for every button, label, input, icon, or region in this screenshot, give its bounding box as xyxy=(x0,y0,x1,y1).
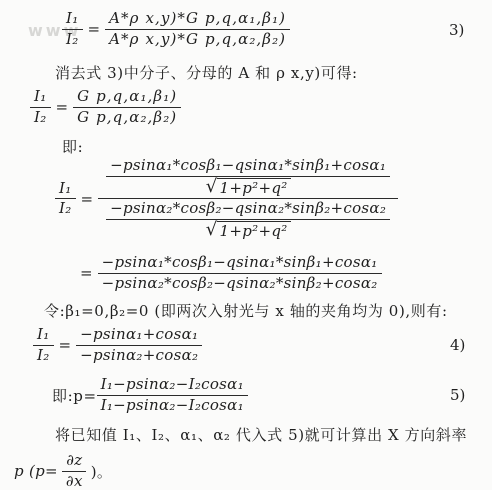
equation-big-nested: I₁ I₂ = −psinα₁*cosβ₁−qsinα₁*sinβ₁+cosα₁… xyxy=(55,157,398,241)
eq3-rhs-numerator: A*ρ x,y)*G p,q,α₁,β₁) xyxy=(105,10,290,30)
equation-5-number: 5) xyxy=(450,386,465,404)
scanned-paper-page: www I₁ I₂ = A*ρ x,y)*G p,q,α₁,β₁) A*ρ x,… xyxy=(0,0,492,490)
eq6-suffix: )。 xyxy=(91,461,112,482)
eq4-lhs-fraction: I₁ I₂ xyxy=(33,326,54,364)
eqsimp-numerator: −psinα₁*cosβ₁−qsinα₁*sinβ₁+cosα₁ xyxy=(98,254,382,274)
eq5-numerator: I₁−psinα₂−I₂cosα₁ xyxy=(97,376,248,396)
equals-sign: = xyxy=(56,98,69,116)
eq4-lhs-numerator: I₁ xyxy=(33,326,54,346)
eq3-lhs-denominator: I₂ xyxy=(62,30,83,49)
eqsimp-denominator: −psinα₂*cosβ₂−qsinα₂*sinβ₂+cosα₂ xyxy=(98,274,382,293)
eq5-prefix: 即:p= xyxy=(52,385,97,406)
eq3-rhs-denominator: A*ρ x,y)*G p,q,α₂,β₂) xyxy=(105,30,290,49)
sqrt-expression: √ 1+p²+q² xyxy=(206,178,291,198)
paragraph-substitute-values: 将已知值 I₁、I₂、α₁、α₂ 代入式 5)就可计算出 X 方向斜率 xyxy=(55,424,467,445)
ji-label: 即: xyxy=(62,136,83,157)
equals-sign: = xyxy=(88,20,101,38)
equation-g-ratio: I₁ I₂ = G p,q,α₁,β₁) G p,q,α₂,β₂) xyxy=(30,88,181,126)
eq4-lhs-denominator: I₂ xyxy=(33,346,54,365)
sqrt-content: 1+p²+q² xyxy=(217,178,291,198)
eqbig-lhs-fraction: I₁ I₂ xyxy=(55,180,76,218)
eqbig-lower-fraction: −psinα₂*cosβ₂−qsinα₂*sinβ₂+cosα₂ √ 1+p²+… xyxy=(106,200,390,240)
sqrt-content: 1+p²+q² xyxy=(217,221,291,241)
eq3-lhs-fraction: I₁ I₂ xyxy=(62,10,83,48)
eq3-lhs-numerator: I₁ xyxy=(62,10,83,30)
equation-3: I₁ I₂ = A*ρ x,y)*G p,q,α₁,β₁) A*ρ x,y)*G… xyxy=(62,10,290,48)
eq5-fraction: I₁−psinα₂−I₂cosα₁ I₁−psinα₂−I₂cosα₁ xyxy=(97,376,248,414)
eq5-denominator: I₁−psinα₂−I₂cosα₁ xyxy=(97,396,248,415)
eq6-fraction: ∂z ∂x xyxy=(62,452,87,490)
equation-5: 即:p= I₁−psinα₂−I₂cosα₁ I₁−psinα₂−I₂cosα₁ xyxy=(52,376,248,414)
eqg-lhs-numerator: I₁ xyxy=(30,88,51,108)
eq3-rhs-fraction: A*ρ x,y)*G p,q,α₁,β₁) A*ρ x,y)*G p,q,α₂,… xyxy=(105,10,290,48)
eqg-rhs-fraction: G p,q,α₁,β₁) G p,q,α₂,β₂) xyxy=(73,88,181,126)
sqrt-expression: √ 1+p²+q² xyxy=(206,221,291,241)
eqbig-lhs-numerator: I₁ xyxy=(55,180,76,200)
eqbig-lower-denominator: √ 1+p²+q² xyxy=(202,220,295,241)
eq6-prefix: p (p= xyxy=(14,462,58,480)
eqbig-upper-part: −psinα₁*cosβ₁−qsinα₁*sinβ₁+cosα₁ √ 1+p²+… xyxy=(98,157,398,199)
equation-4: I₁ I₂ = −psinα₁+cosα₁ −psinα₂+cosα₂ xyxy=(33,326,202,364)
equation-slope-definition: p (p= ∂z ∂x )。 xyxy=(14,452,112,490)
paragraph-eliminate: 消去式 3)中分子、分母的 A 和 ρ x,y)可得: xyxy=(55,62,358,83)
eqsimp-fraction: −psinα₁*cosβ₁−qsinα₁*sinβ₁+cosα₁ −psinα₂… xyxy=(98,254,382,292)
paragraph-let-beta-zero: 令:β₁=0,β₂=0 (即两次入射光与 x 轴的夹角均为 0),则有: xyxy=(44,300,448,321)
eq4-rhs-denominator: −psinα₂+cosα₂ xyxy=(76,346,202,365)
eqbig-lower-part: −psinα₂*cosβ₂−qsinα₂*sinβ₂+cosα₂ √ 1+p²+… xyxy=(98,199,398,240)
eq4-rhs-numerator: −psinα₁+cosα₁ xyxy=(76,326,202,346)
eq6-numerator: ∂z xyxy=(62,452,86,472)
eqbig-lower-numerator: −psinα₂*cosβ₂−qsinα₂*sinβ₂+cosα₂ xyxy=(106,200,390,220)
eqbig-upper-numerator: −psinα₁*cosβ₁−qsinα₁*sinβ₁+cosα₁ xyxy=(106,157,390,177)
eqbig-upper-fraction: −psinα₁*cosβ₁−qsinα₁*sinβ₁+cosα₁ √ 1+p²+… xyxy=(106,157,390,197)
eqbig-upper-denominator: √ 1+p²+q² xyxy=(202,177,295,198)
eqbig-lhs-denominator: I₂ xyxy=(55,199,76,218)
eqg-lhs-fraction: I₁ I₂ xyxy=(30,88,51,126)
eqg-rhs-denominator: G p,q,α₂,β₂) xyxy=(73,108,181,127)
equals-sign: = xyxy=(59,336,72,354)
equation-4-number: 4) xyxy=(450,336,465,354)
eq4-rhs-fraction: −psinα₁+cosα₁ −psinα₂+cosα₂ xyxy=(76,326,202,364)
eqbig-outer-fraction: −psinα₁*cosβ₁−qsinα₁*sinβ₁+cosα₁ √ 1+p²+… xyxy=(98,157,398,241)
eq6-denominator: ∂x xyxy=(62,472,87,490)
equation-3-number: 3) xyxy=(449,21,464,39)
eqg-lhs-denominator: I₂ xyxy=(30,108,51,127)
equals-sign: = xyxy=(81,190,94,208)
equals-sign: = xyxy=(80,264,93,282)
eqg-rhs-numerator: G p,q,α₁,β₁) xyxy=(73,88,181,108)
equation-simplified: = −psinα₁*cosβ₁−qsinα₁*sinβ₁+cosα₁ −psin… xyxy=(75,254,382,292)
